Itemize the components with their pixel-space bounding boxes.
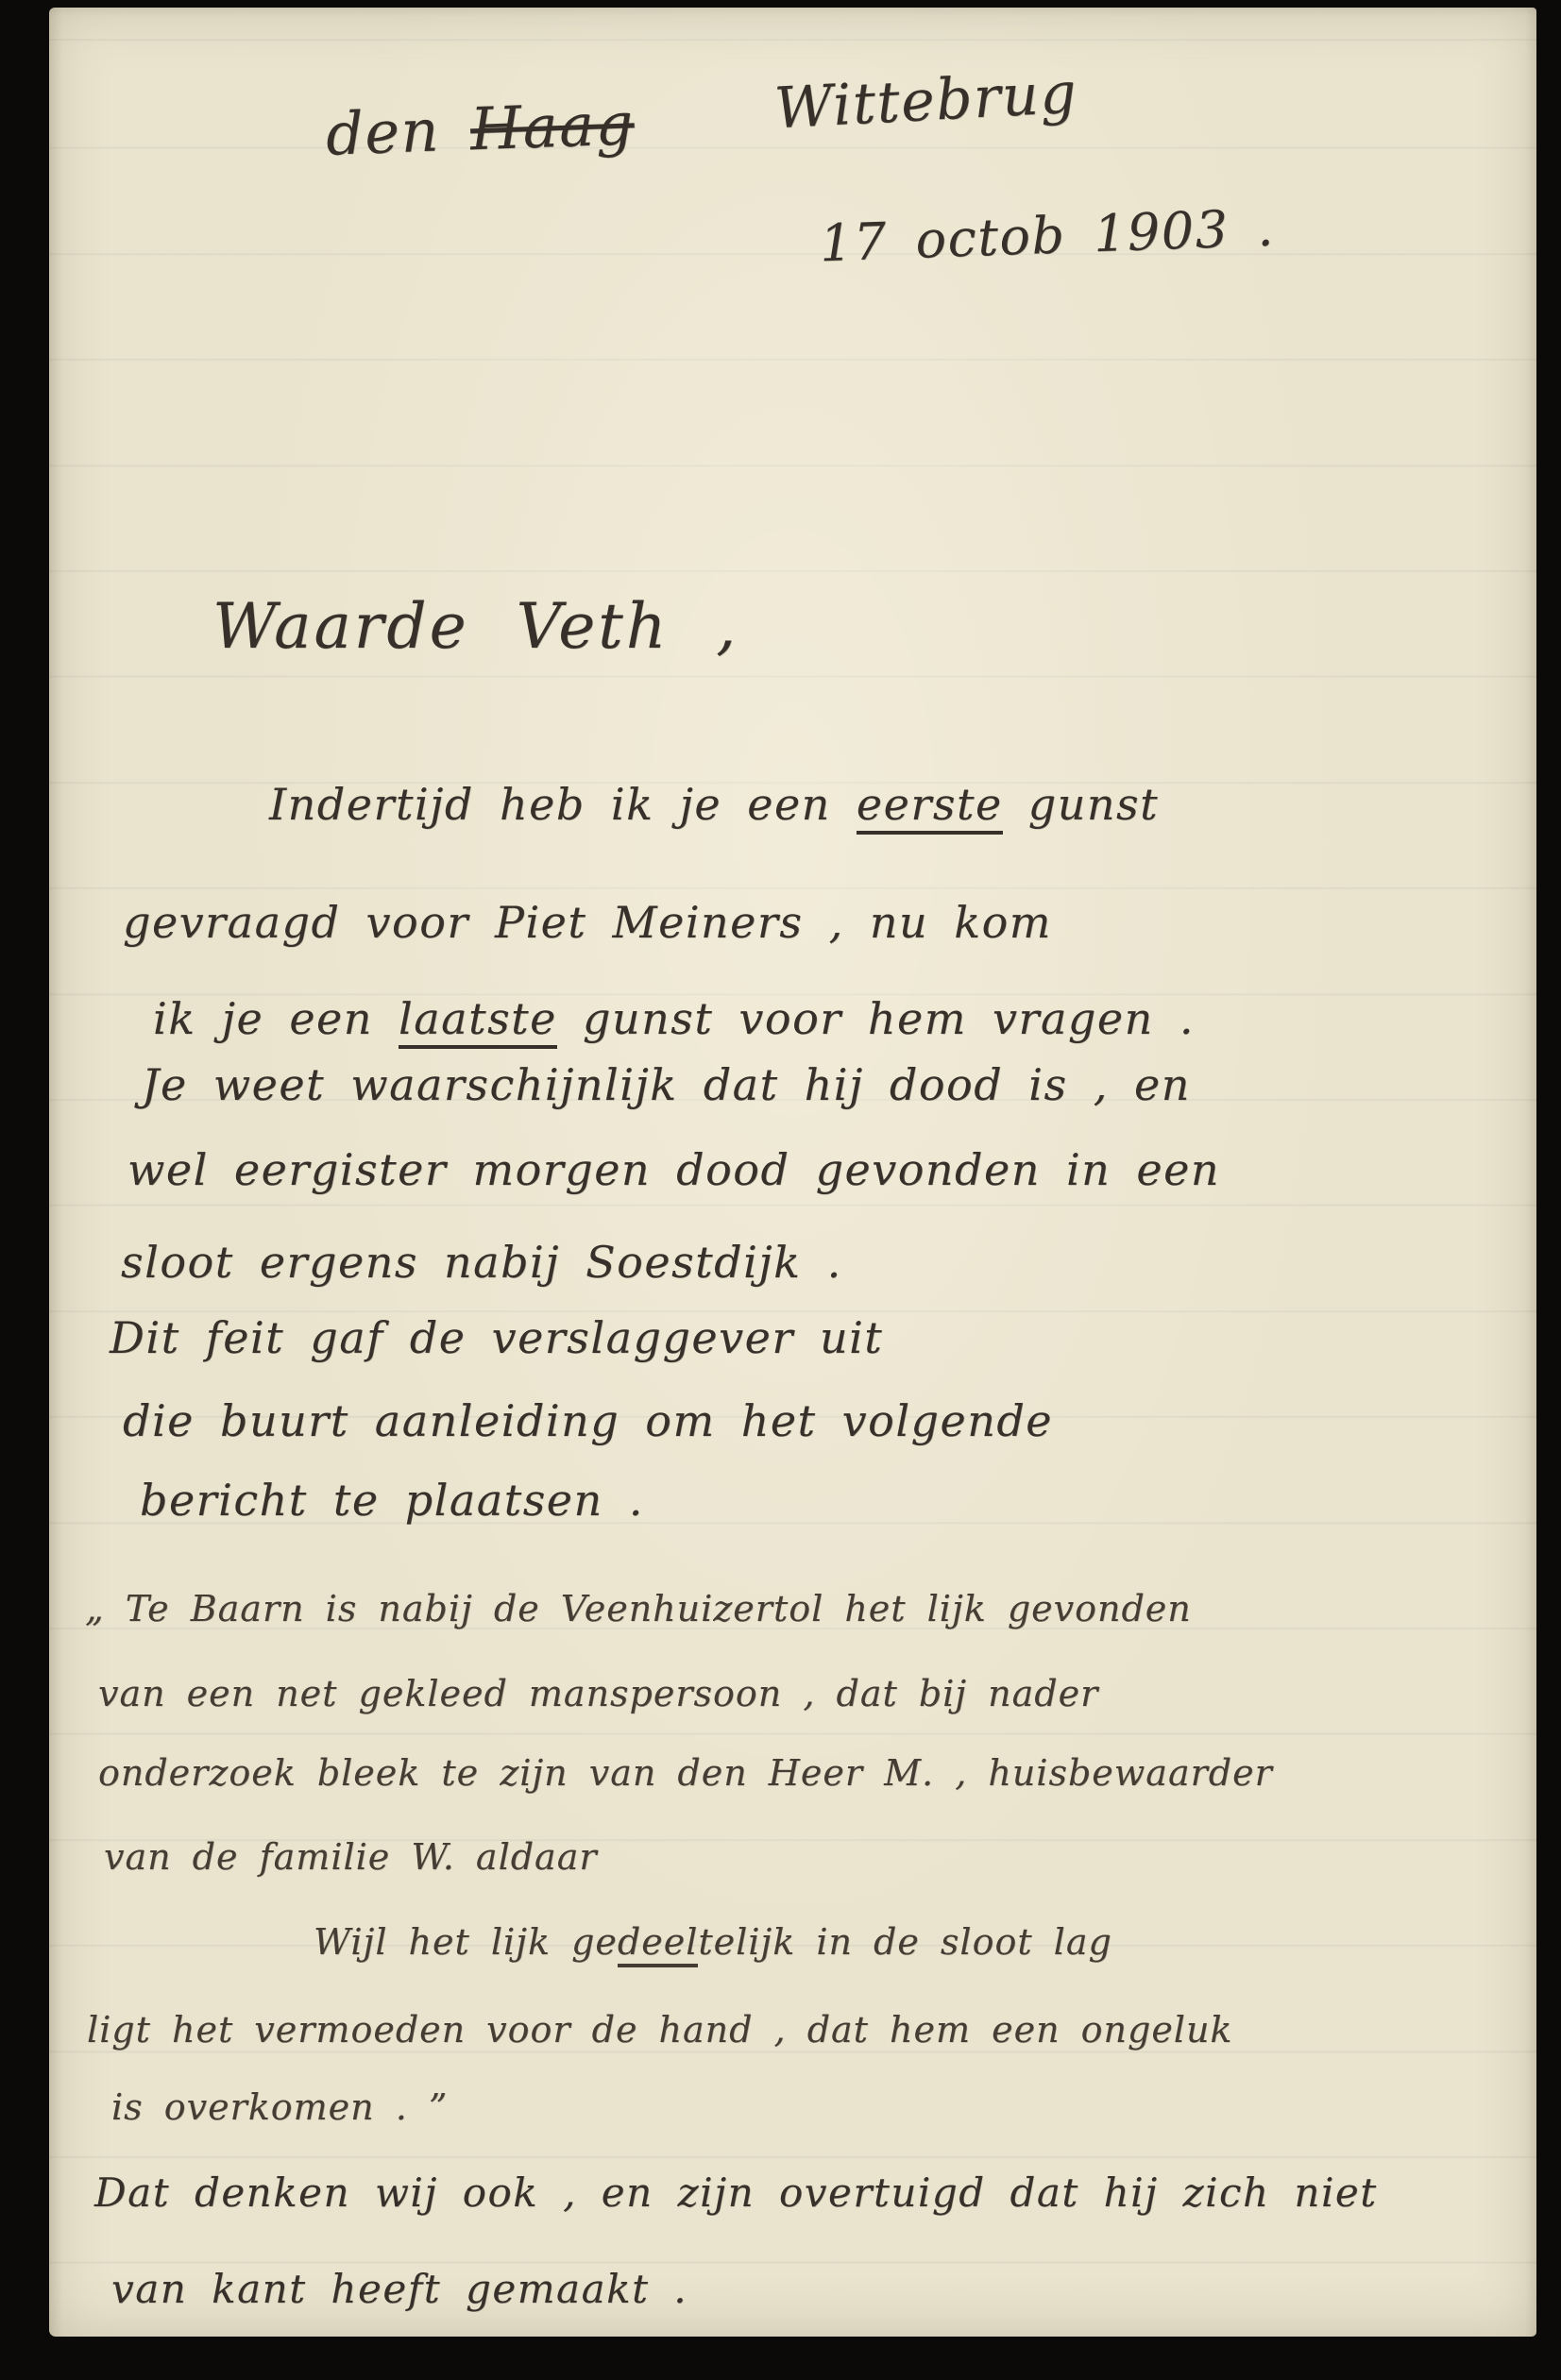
line-text: Dit feit gaf de verslaggever uit <box>110 1312 883 1363</box>
letter-line: ik je een laatste gunst voor hem vragen … <box>153 993 1195 1044</box>
line-text: gevraagd voor Piet Meiners , nu kom <box>123 897 1052 948</box>
underlined-word: deel <box>618 1921 698 1967</box>
line-text: telijk in de sloot lag <box>698 1921 1111 1963</box>
line-text: gunst voor hem vragen . <box>557 993 1195 1044</box>
quote-line: van de familie W. aldaar <box>104 1836 598 1878</box>
letter-line: Indertijd heb ik je een eerste gunst <box>269 779 1159 830</box>
quote-line: Wijl het lijk gedeeltelijk in de sloot l… <box>314 1921 1112 1963</box>
line-text: bericht te plaatsen . <box>140 1475 644 1526</box>
line-text: Je weet waarschijnlijk dat hij dood is ,… <box>142 1059 1191 1110</box>
closing-line: Dat denken wij ook , en zijn overtuigd d… <box>94 2169 1378 2216</box>
line-text: van kant heeft gemaakt . <box>111 2266 687 2312</box>
photographed-letter-scan: den Haag Wittebrug 17 octob 1903 . Waard… <box>0 0 1561 2380</box>
line-text: van de familie W. aldaar <box>104 1836 598 1878</box>
letter-line: bericht te plaatsen . <box>140 1475 644 1526</box>
quote-line: is overkomen . ” <box>111 2086 448 2128</box>
line-text: van een net gekleed manspersoon , dat bi… <box>98 1673 1098 1714</box>
underlined-word: laatste <box>399 993 557 1049</box>
line-text: Wijl het lijk ge <box>314 1921 618 1963</box>
line-text: wel eergister morgen dood gevonden in ee… <box>127 1144 1220 1195</box>
letter-line: Je weet waarschijnlijk dat hij dood is ,… <box>142 1059 1191 1110</box>
line-text: onderzoek bleek te zijn van den Heer M. … <box>98 1752 1273 1794</box>
quote-line: van een net gekleed manspersoon , dat bi… <box>98 1673 1098 1714</box>
header-place-struck-word: Haag <box>469 89 636 163</box>
salutation: Waarde Veth , <box>212 590 738 663</box>
line-text: „ Te Baarn is nabij de Veenhuizertol het… <box>85 1588 1192 1629</box>
header-place-struck: den Haag <box>325 89 636 168</box>
line-text: Indertijd heb ik je een <box>269 779 857 830</box>
quote-line: onderzoek bleek te zijn van den Heer M. … <box>98 1752 1273 1794</box>
line-text: die buurt aanleiding om het volgende <box>123 1395 1053 1446</box>
quote-line: „ Te Baarn is nabij de Veenhuizertol het… <box>85 1588 1192 1629</box>
underlined-word: eerste <box>857 779 1003 835</box>
quote-line: ligt het vermoeden voor de hand , dat he… <box>87 2009 1232 2051</box>
letter-line: gevraagd voor Piet Meiners , nu kom <box>123 897 1052 948</box>
line-text: Dat denken wij ook , en zijn overtuigd d… <box>94 2169 1378 2216</box>
line-text: is overkomen . ” <box>111 2086 448 2128</box>
line-text: gunst <box>1003 779 1159 830</box>
line-text: ligt het vermoeden voor de hand , dat he… <box>87 2009 1232 2051</box>
header-place-prefix: den <box>325 94 471 168</box>
letter-line: Dit feit gaf de verslaggever uit <box>110 1312 883 1363</box>
closing-line: van kant heeft gemaakt . <box>111 2266 687 2312</box>
letter-line: wel eergister morgen dood gevonden in ee… <box>127 1144 1220 1195</box>
letter-line: die buurt aanleiding om het volgende <box>123 1395 1053 1446</box>
letter-line: sloot ergens nabij Soestdijk . <box>121 1237 842 1288</box>
line-text: sloot ergens nabij Soestdijk . <box>121 1237 842 1288</box>
line-text: ik je een <box>153 993 399 1044</box>
